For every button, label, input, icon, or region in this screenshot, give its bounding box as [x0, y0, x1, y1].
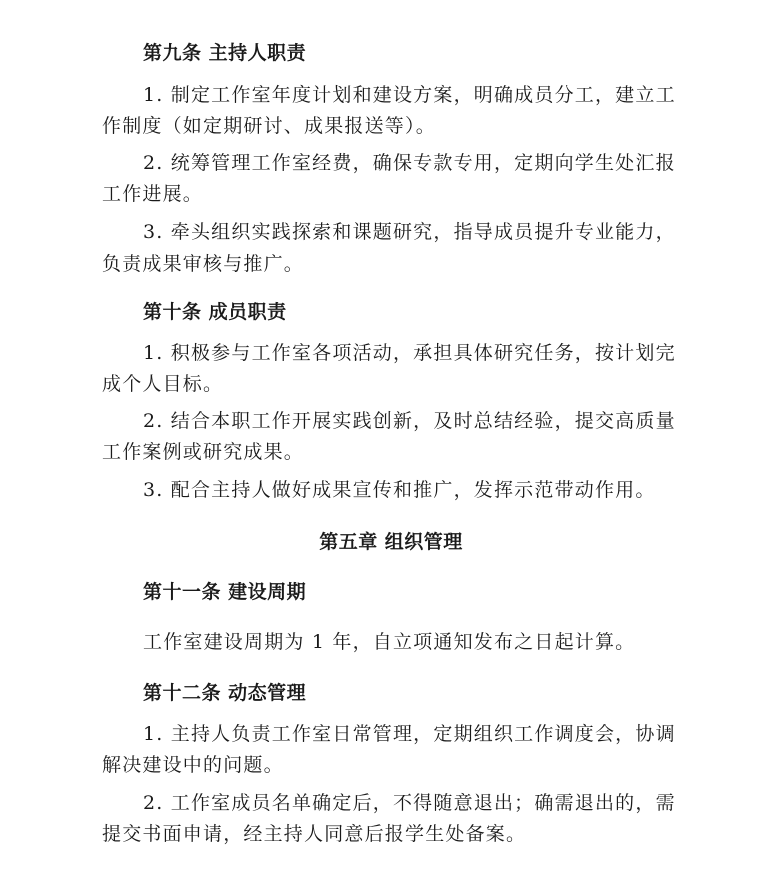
paragraph-line: 负责成果审核与推广。 — [102, 253, 304, 275]
paragraph-line: 作制度（如定期研讨、成果报送等）。 — [102, 115, 436, 137]
paragraph-line: 1. 积极参与工作室各项活动，承担具体研究任务，按计划完 — [143, 342, 676, 364]
paragraph-line: 1. 制定工作室年度计划和建设方案，明确成员分工，建立工 — [143, 84, 676, 106]
paragraph-line: 1. 主持人负责工作室日常管理，定期组织工作调度会，协调 — [143, 723, 676, 745]
article-heading-11: 第十一条 建设周期 — [143, 581, 306, 603]
paragraph-line: 3. 牵头组织实践探索和课题研究，指导成员提升专业能力， — [143, 221, 676, 243]
paragraph-line: 2. 工作室成员名单确定后，不得随意退出；确需退出的，需 — [143, 792, 676, 814]
article-heading-9: 第九条 主持人职责 — [143, 42, 306, 64]
paragraph-line: 工作室建设周期为 1 年，自立项通知发布之日起计算。 — [143, 631, 635, 653]
paragraph-line: 提交书面申请，经主持人同意后报学生处备案。 — [102, 823, 526, 845]
paragraph-line: 2. 统筹管理工作室经费，确保专款专用，定期向学生处汇报 — [143, 152, 676, 174]
paragraph-line: 成个人目标。 — [102, 373, 223, 395]
article-heading-10: 第十条 成员职责 — [143, 301, 287, 323]
paragraph-line: 解决建设中的问题。 — [102, 754, 284, 776]
paragraph-line: 2. 结合本职工作开展实践创新，及时总结经验，提交高质量 — [143, 410, 676, 432]
paragraph-line: 工作案例或研究成果。 — [102, 441, 304, 463]
paragraph-line: 工作进展。 — [102, 183, 203, 205]
paragraph-line: 3. 配合主持人做好成果宣传和推广，发挥示范带动作用。 — [143, 479, 656, 501]
chapter-heading: 第五章 组织管理 — [0, 531, 782, 553]
article-heading-12: 第十二条 动态管理 — [143, 682, 306, 704]
